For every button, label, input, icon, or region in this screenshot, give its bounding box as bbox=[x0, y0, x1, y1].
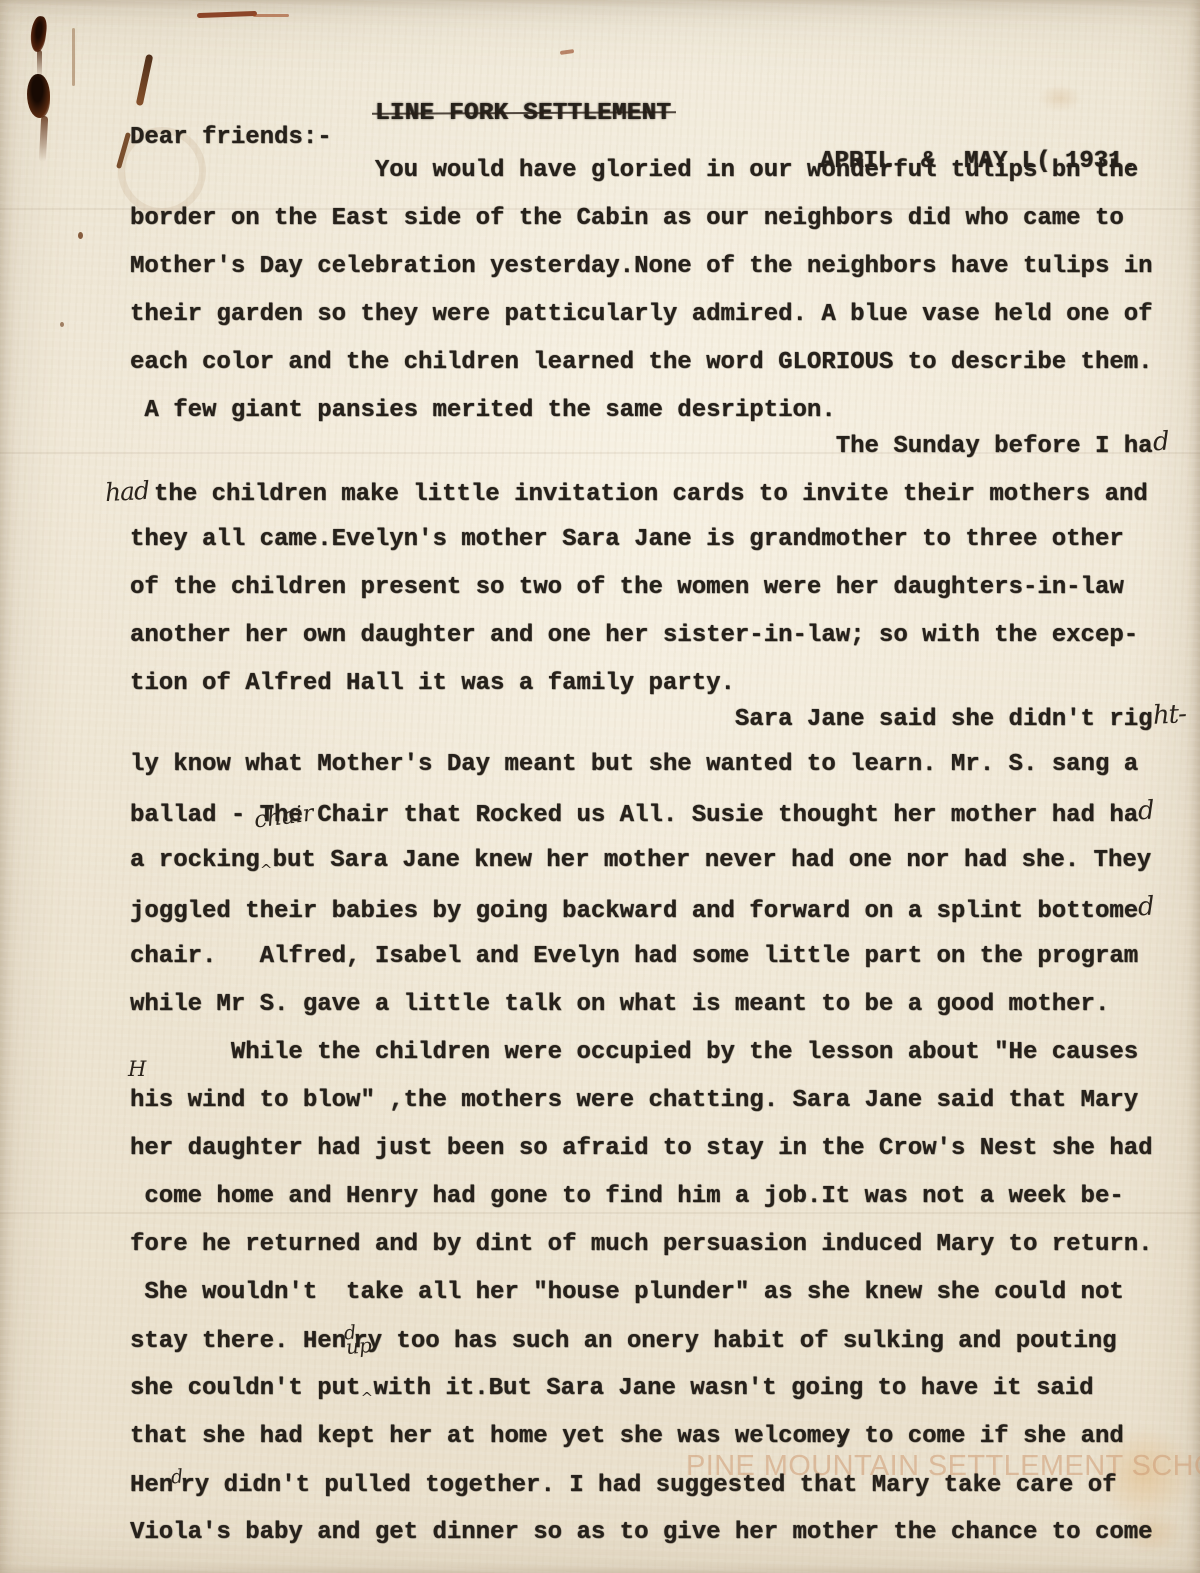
typed-text: Sara Jane said she didn't rig bbox=[130, 706, 1153, 733]
rust-streak bbox=[253, 14, 289, 17]
typed-text: fore he returned and by dint of much per… bbox=[130, 1231, 1153, 1258]
letter-line: while Mr S. gave a little talk on what i… bbox=[130, 981, 1182, 1029]
letter-line: Hendry didn't pulled together. I had sug… bbox=[130, 1461, 1182, 1509]
letter-line: come home and Henry had gone to find him… bbox=[130, 1173, 1182, 1221]
typed-text: ry didn't pulled together. I had suggest… bbox=[180, 1472, 1116, 1499]
typed-text: ly know what Mother's Day meant but she … bbox=[130, 751, 1138, 778]
letter-line: stay there. Hendry too has such an onery… bbox=[130, 1317, 1182, 1365]
letter-line: Hhis wind to blow" ,the mothers were cha… bbox=[130, 1077, 1182, 1125]
typed-text: to come if she and bbox=[850, 1423, 1124, 1450]
typed-text: she couldn't put bbox=[130, 1375, 360, 1402]
handwritten-text: d bbox=[1137, 883, 1155, 932]
letter-line: Sara Jane said she didn't right- bbox=[130, 693, 1182, 741]
caret-mark: ^ bbox=[360, 1374, 373, 1422]
typed-text: that she had kept her at home yet she wa… bbox=[130, 1423, 836, 1450]
letter-line: they all came.Evelyn's mother Sara Jane … bbox=[130, 516, 1182, 564]
typed-text: while Mr S. gave a little talk on what i… bbox=[130, 991, 1109, 1018]
ink-speck bbox=[60, 322, 64, 327]
typed-text: another her own daughter and one her sis… bbox=[130, 622, 1138, 649]
letter-line: She wouldn't take all her "house plunder… bbox=[130, 1269, 1182, 1317]
letter-line: a rockingchair^but Sara Jane knew her mo… bbox=[130, 837, 1182, 885]
handwritten-text: ht- bbox=[1151, 690, 1186, 740]
typed-text: Hen bbox=[130, 1472, 173, 1499]
typed-text: border on the East side of the Cabin as … bbox=[130, 205, 1124, 232]
letter-line: Mother's Day celebration yesterday.None … bbox=[130, 243, 1182, 291]
typed-text: the children make little invitation card… bbox=[154, 481, 1148, 508]
typed-text: chair. Alfred, Isabel and Evelyn had som… bbox=[130, 943, 1138, 970]
struck-letter: y bbox=[836, 1413, 850, 1461]
typed-text: You would have gloried in our wonderful … bbox=[130, 157, 1138, 184]
typed-text: Viola's baby and get dinner so as to giv… bbox=[130, 1519, 1153, 1546]
handwritten-text: had bbox=[104, 467, 150, 517]
letter-line: ly know what Mother's Day meant but she … bbox=[130, 741, 1182, 789]
letter-header: LINE FORK SETTLEMENT APRIL & MAY L( 1931… bbox=[0, 42, 1200, 90]
typed-text: joggled their babies by going backward a… bbox=[130, 898, 1138, 925]
typed-text: While the children were occupied by the … bbox=[130, 1039, 1138, 1066]
letter-line: that she had kept her at home yet she wa… bbox=[130, 1413, 1182, 1461]
letter-line: their garden so they were patticularly a… bbox=[130, 291, 1182, 339]
letter-body: Dear friends:- You would have gloried in… bbox=[130, 114, 1182, 1557]
typed-text: stay there. Hen bbox=[130, 1328, 346, 1355]
typed-text: each color and the children learned the … bbox=[130, 349, 1153, 376]
typed-text: her daughter had just been so afraid to … bbox=[130, 1135, 1153, 1162]
letter-line: The Sunday before I had bbox=[130, 420, 1182, 468]
typed-text: his wind to blow" ,the mothers were chat… bbox=[130, 1087, 1138, 1114]
handwritten-text: d bbox=[1137, 787, 1155, 836]
letter-line: another her own daughter and one her sis… bbox=[130, 612, 1182, 660]
letter-line: hadthe children make little invitation c… bbox=[130, 468, 1182, 516]
letter-line: of the children present so two of the wo… bbox=[130, 564, 1182, 612]
handwritten-word: up bbox=[344, 1321, 374, 1371]
handwritten-word: chair bbox=[251, 790, 316, 845]
typed-text: Mother's Day celebration yesterday.None … bbox=[130, 253, 1153, 280]
letter-line: You would have gloried in our wonderful … bbox=[130, 147, 1182, 195]
letter-line: fore he returned and by dint of much per… bbox=[130, 1221, 1182, 1269]
typed-text: they all came.Evelyn's mother Sara Jane … bbox=[130, 526, 1124, 553]
handwritten-word: H bbox=[128, 1045, 143, 1093]
typed-text: The Sunday before I ha bbox=[130, 433, 1153, 460]
typed-text: She wouldn't take all her "house plunder… bbox=[130, 1279, 1124, 1306]
letter-line: joggled their babies by going backward a… bbox=[130, 885, 1182, 933]
caret-mark: ^ bbox=[260, 846, 273, 894]
letter-line: chair. Alfred, Isabel and Evelyn had som… bbox=[130, 933, 1182, 981]
typed-text: with it.But Sara Jane wasn't going to ha… bbox=[373, 1375, 1093, 1402]
letter-line: While the children were occupied by the … bbox=[130, 1029, 1182, 1077]
typed-text: of the children present so two of the wo… bbox=[130, 574, 1124, 601]
ink-speck bbox=[78, 232, 83, 239]
letter-line: each color and the children learned the … bbox=[130, 339, 1182, 387]
handwritten-text: d bbox=[1151, 418, 1169, 467]
letter-line: Viola's baby and get dinner so as to giv… bbox=[130, 1509, 1182, 1557]
typed-text: come home and Henry had gone to find him… bbox=[130, 1183, 1124, 1210]
typed-text: a rocking bbox=[130, 847, 260, 874]
typed-text: ry too has such an onery habit of sulkin… bbox=[353, 1328, 1116, 1355]
rust-streak bbox=[197, 11, 257, 18]
letter-line: border on the East side of the Cabin as … bbox=[130, 195, 1182, 243]
letter-line: she couldn't putup^with it.But Sara Jane… bbox=[130, 1365, 1182, 1413]
letter-line: her daughter had just been so afraid to … bbox=[130, 1125, 1182, 1173]
typed-text: their garden so they were patticularly a… bbox=[130, 301, 1153, 328]
typed-text: but Sara Jane knew her mother never had … bbox=[273, 847, 1152, 874]
letter-page: PINE MOUNTAIN SETTLEMENT SCHOOL 2015 LIN… bbox=[0, 0, 1200, 1573]
rust-scratch bbox=[116, 132, 131, 169]
